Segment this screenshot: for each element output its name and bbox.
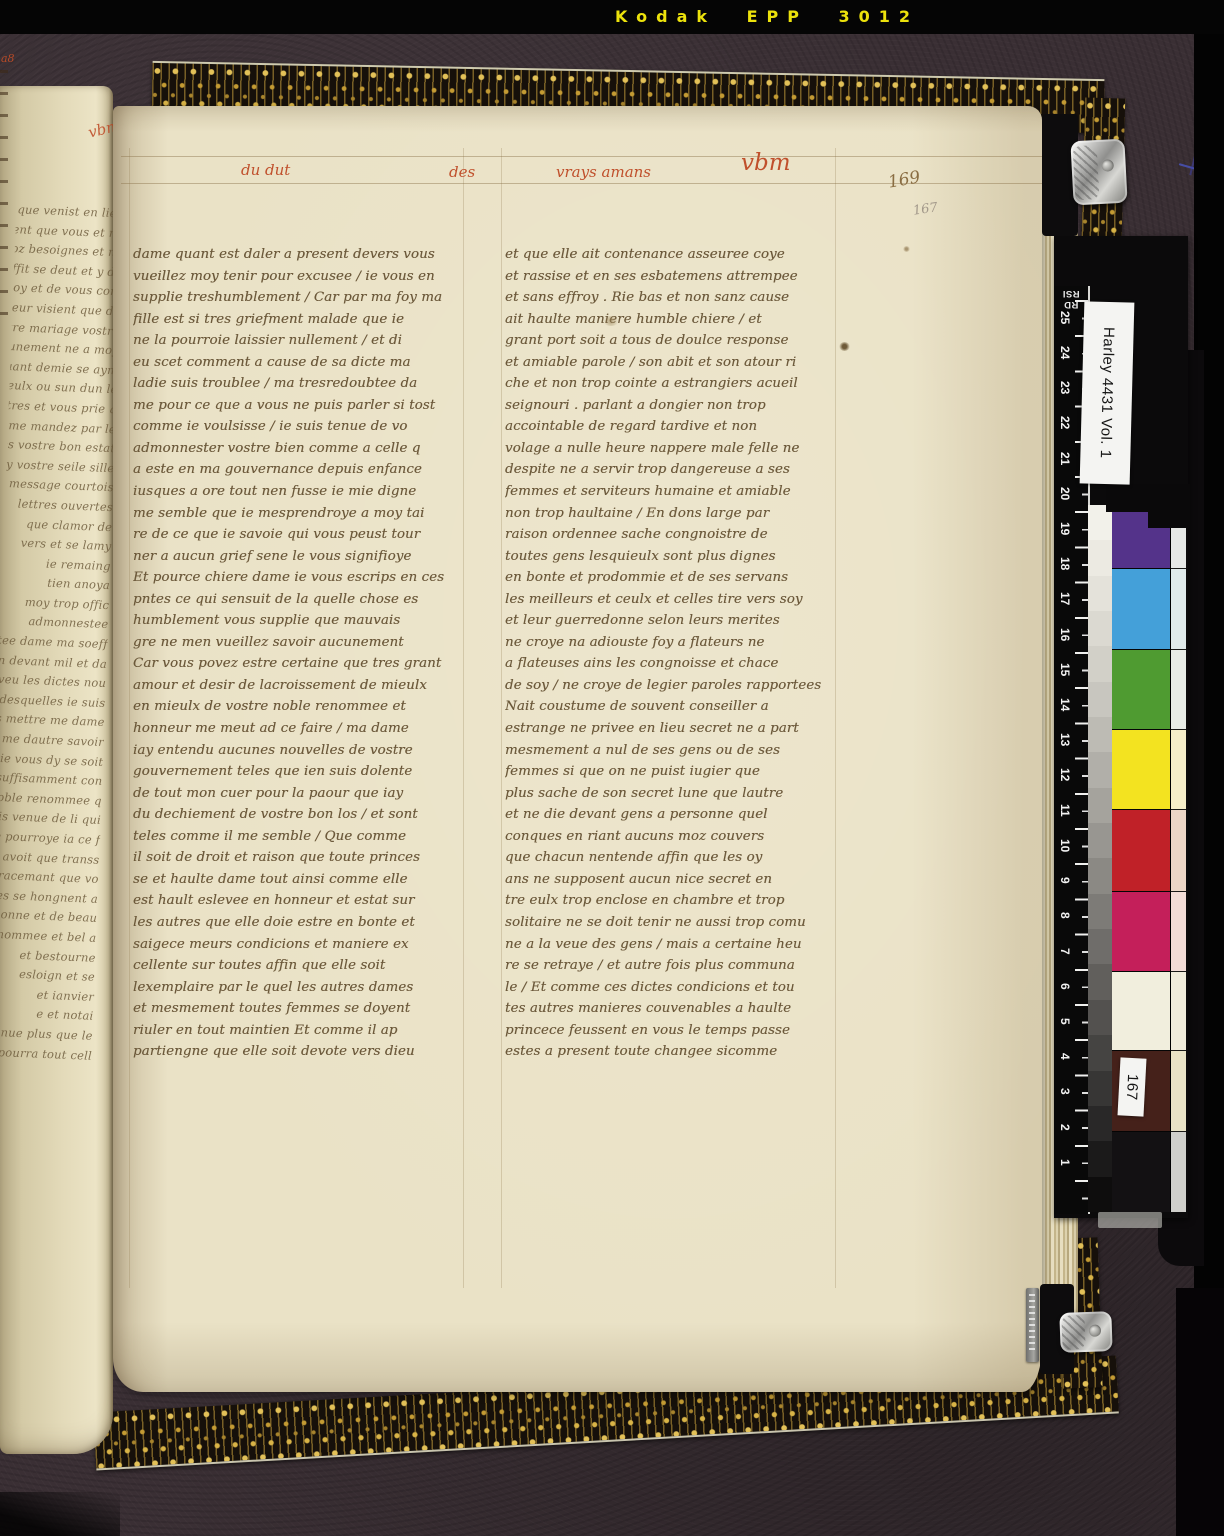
- manuscript-text-line: supplie treshumblement / Car par ma foy …: [133, 287, 469, 309]
- ruler-number: 15: [1056, 652, 1074, 687]
- manuscript-text-line: princece feussent en vous le temps passe: [505, 1020, 841, 1042]
- manuscript-text-line: est hault eslevee en honneur et estat su…: [133, 890, 469, 912]
- gray-step: [1088, 682, 1112, 717]
- ruler-number: 24: [1056, 335, 1074, 370]
- manuscript-text-line: ne croye na adiouste foy a flateurs ne: [505, 632, 841, 654]
- manuscript-text-line: ner a aucun grief sene le vous signifioy…: [133, 546, 469, 568]
- manuscript-text-line: fille est si tres griefment malade que i…: [133, 309, 469, 331]
- ruler-number: 8: [1056, 898, 1074, 933]
- manuscript-text-line: Nait coustume de souvent conseiller a: [505, 696, 841, 718]
- manuscript-text-line: raison ordennee sache congnoistre de: [505, 524, 841, 546]
- manuscript-text-line: estes a present toute changee sicomme: [505, 1041, 841, 1063]
- manuscript-text-line: en mieulx de vostre noble renommee et: [133, 696, 469, 718]
- manuscript-text-line: che et non trop cointe a estrangiers acu…: [505, 373, 841, 395]
- manuscript-text-line: tre eulx trop enclose en chambre et trop: [505, 890, 841, 912]
- manuscript-text-line: mesmement a nul de ses gens ou de ses: [505, 740, 841, 762]
- ruler-number: 16: [1056, 617, 1074, 652]
- gray-step: [1088, 894, 1112, 929]
- card-notch: [1148, 484, 1190, 528]
- manuscript-text-line: riuler en tout maintien Et comme il ap: [133, 1020, 469, 1042]
- ruler-number: 9: [1056, 863, 1074, 898]
- manuscript-text-line: toutes gens lesquieulx sont plus dignes: [505, 546, 841, 568]
- parchment-stain: [603, 316, 619, 326]
- ruler-number: 14: [1056, 687, 1074, 722]
- color-patch-red: [1112, 809, 1170, 891]
- ruler-number: 1: [1056, 1145, 1074, 1180]
- tint-patch-tint-lightgray: [1171, 1131, 1186, 1212]
- gray-step: [1088, 1000, 1112, 1035]
- color-patch-blue: [1112, 568, 1170, 649]
- ruler-numbers: 2524232221201918171615141312111098765432…: [1056, 300, 1074, 1180]
- manuscript-text-line: cellente sur toutes affin que elle soit: [133, 955, 469, 977]
- manuscript-text-line: et mesmement toutes femmes se doyent: [133, 998, 469, 1020]
- manuscript-text-line: Car vous povez estre certaine que tres g…: [133, 653, 469, 675]
- manuscript-text-line: humblement vous supplie que mauvais: [133, 610, 469, 632]
- ruler-number: 7: [1056, 933, 1074, 968]
- manuscript-text-line: me pour ce que a vous ne puis parler si …: [133, 395, 469, 417]
- manuscript-text-line: seignouri . parlant a dongier non trop: [505, 395, 841, 417]
- running-header-chapter-mark: vbm: [741, 150, 791, 176]
- manuscript-text-line: a este en ma gouvernance depuis enfance: [133, 459, 469, 481]
- color-patch-yellow: [1112, 729, 1170, 809]
- manuscript-text-line: les meilleurs et ceulx et celles tire ve…: [505, 589, 841, 611]
- manuscript-text-line: amour et desir de lacroissement de mieul…: [133, 675, 469, 697]
- running-header-mid: des: [449, 163, 475, 181]
- manuscript-text-line: ait haulte maniere humble chiere / et: [505, 309, 841, 331]
- gray-step: [1088, 1071, 1112, 1106]
- tint-patch-tint-blue: [1171, 568, 1186, 649]
- manuscript-text-line: volage a nulle heure nappere male felle …: [505, 438, 841, 460]
- ruler-number: 23: [1056, 370, 1074, 405]
- manuscript-text-line: il soit de droit et raison que toute pri…: [133, 847, 469, 869]
- ruler-number: 4: [1056, 1039, 1074, 1074]
- manuscript-text-line: re se retraye / et autre fois plus commu…: [505, 955, 841, 977]
- gray-step: [1088, 717, 1112, 752]
- running-header-left: du dut: [241, 161, 290, 179]
- corner-shadow-bottom-right: [1176, 1288, 1224, 1536]
- manuscript-text-line: Et pource chiere dame ie vous escrips en…: [133, 567, 469, 589]
- manuscript-text-line: iusques a ore tout nen fusse ie mie dign…: [133, 481, 469, 503]
- running-header-right: vrays amans: [556, 163, 651, 181]
- manuscript-text-line: et amiable parole / son abit et son atou…: [505, 352, 841, 374]
- gray-step: [1088, 823, 1112, 858]
- manuscript-text-line: comme ie voulsisse / ie suis tenue de vo: [133, 416, 469, 438]
- manuscript-text-line: grant port soit a tous de doulce respons…: [505, 330, 841, 352]
- label-strip: [1026, 1288, 1039, 1362]
- manuscript-text-line: femmes si que on ne puist iugier que: [505, 761, 841, 783]
- folio-number-ink: 169: [887, 167, 922, 192]
- manuscript-text-line: lexemplaire par le quel les autres dames: [133, 977, 469, 999]
- manuscript-text-line: me semble que ie mesprendroye a moy tai: [133, 503, 469, 525]
- color-patch-green: [1112, 649, 1170, 729]
- manuscript-text-line: gouvernement teles que ien suis dolente: [133, 761, 469, 783]
- gray-step: [1088, 858, 1112, 893]
- film-strip: [0, 0, 1224, 34]
- manuscript-text-line: honneur me meut ad ce faire / ma dame: [133, 718, 469, 740]
- ruling-column-line-1: [129, 148, 130, 1288]
- manuscript-text-line: de soy / ne croye de legier paroles rapp…: [505, 675, 841, 697]
- shelfmark-sticker: Harley 4431 Vol. 1: [1080, 301, 1135, 484]
- tint-patch-tint-cream: [1171, 729, 1186, 809]
- manuscript-text-line: a flateuses ains les congnoisse et chace: [505, 653, 841, 675]
- manuscript-page: du dut des vrays amans vbm 169 167 dame …: [113, 106, 1042, 1392]
- gray-step: [1088, 788, 1112, 823]
- ruler-number: 10: [1056, 828, 1074, 863]
- ruler-number: 19: [1056, 511, 1074, 546]
- gray-step: [1088, 1035, 1112, 1070]
- manuscript-text-line: estrange ne privee en lieu secret ne a p…: [505, 718, 841, 740]
- manuscript-text-line: se et haulte dame tout ainsi comme elle: [133, 869, 469, 891]
- tint-patch-tint-pink: [1171, 809, 1186, 891]
- ruler-number: 6: [1056, 969, 1074, 1004]
- manuscript-text-line: pntes ce qui sensuit de la quelle chose …: [133, 589, 469, 611]
- ruler-number: 20: [1056, 476, 1074, 511]
- gray-step: [1088, 611, 1112, 646]
- parchment-stain: [903, 246, 910, 252]
- gray-step: [1088, 752, 1112, 787]
- manuscript-text-line: en bonte et prodommie et de ses servans: [505, 567, 841, 589]
- tint-patch-tint-tan: [1171, 1050, 1186, 1131]
- manuscript-text-line: accointable de regard tardive et non: [505, 416, 841, 438]
- ruler-number: 13: [1056, 722, 1074, 757]
- manuscript-text-line: ladie suis troublee / ma tresredoubtee d…: [133, 373, 469, 395]
- gray-step: [1088, 646, 1112, 681]
- ruler-number: 17: [1056, 582, 1074, 617]
- manuscript-text-line: du dechiement de vostre bon los / et son…: [133, 804, 469, 826]
- page-edge-specks: [0, 70, 8, 320]
- manuscript-text-line: et ne die devant gens a personne quel: [505, 804, 841, 826]
- manuscript-text-line: admonnester vostre bien comme a celle q: [133, 438, 469, 460]
- manuscript-text-line: et leur guerredonne selon leurs merites: [505, 610, 841, 632]
- gray-step: [1088, 929, 1112, 964]
- film-stock-label: Kodak EPP 3012: [615, 7, 919, 26]
- manuscript-text-line: et que elle ait contenance asseuree coye: [505, 244, 841, 266]
- manuscript-text-line: solitaire ne se doit tenir ne aussi trop…: [505, 912, 841, 934]
- ruling-column-line-3: [501, 148, 502, 1288]
- ruler-number: 22: [1056, 406, 1074, 441]
- ruling-line-top: [121, 156, 1055, 157]
- ruler-number: 11: [1056, 793, 1074, 828]
- manuscript-text-line: conques en riant aucuns moz couvers: [505, 826, 841, 848]
- color-patch-white: [1112, 971, 1170, 1050]
- manuscript-text-line: non trop haultaine / En dons large par: [505, 503, 841, 525]
- manuscript-text-line: femmes et serviteurs humaine et amiable: [505, 481, 841, 503]
- manuscript-text-line: teles comme il me semble / Que comme: [133, 826, 469, 848]
- gray-step: [1088, 576, 1112, 611]
- manuscript-text-line: de tout mon cuer pour la paour que iay: [133, 783, 469, 805]
- tint-patch-tint-green: [1171, 649, 1186, 729]
- gray-step: [1088, 1177, 1112, 1212]
- ruler-number: 18: [1056, 546, 1074, 581]
- manuscript-text-line: partiengne que elle soit devote vers die…: [133, 1041, 469, 1063]
- manuscript-text-line: gre ne men vueillez savoir aucunement: [133, 632, 469, 654]
- manuscript-text-line: et rassise et en ses esbatemens attrempe…: [505, 266, 841, 288]
- manuscript-text-line: le / Et comme ces dictes condicions et t…: [505, 977, 841, 999]
- gray-step: [1088, 964, 1112, 999]
- manuscript-text-line: tes autres manieres couvenables a haulte: [505, 998, 841, 1020]
- tint-column: [1171, 505, 1186, 1212]
- gray-step: [1088, 1141, 1112, 1176]
- manuscript-text-line: re de ce que ie savoie qui vous peust to…: [133, 524, 469, 546]
- ruler-number: 2: [1056, 1109, 1074, 1144]
- folio-sticker: 167: [1118, 1057, 1147, 1116]
- gray-step: [1088, 1106, 1112, 1141]
- manuscript-text-line: despite ne a servir trop dangereuse a se…: [505, 459, 841, 481]
- card-tape: [1098, 1212, 1162, 1228]
- corner-shadow-bottom-left: [0, 1492, 120, 1536]
- manuscript-text-line: que chacun nentende affin que les oy: [505, 847, 841, 869]
- manuscript-text-line: plus sache de son secret lune que lautre: [505, 783, 841, 805]
- color-patch-magenta: [1112, 891, 1170, 971]
- manuscript-text-line: les autres que elle doie estre en bonte …: [133, 912, 469, 934]
- manuscript-text-line: eu scet comment a cause de sa dicte ma: [133, 352, 469, 374]
- manuscript-text-line: ne a la veue des gens / mais a certaine …: [505, 934, 841, 956]
- ruler-number: 21: [1056, 441, 1074, 476]
- metal-clip-top: [1070, 139, 1127, 206]
- folio-sticker-text: 167: [1123, 1073, 1141, 1100]
- ruler-number: 5: [1056, 1004, 1074, 1039]
- facing-text-line: me pourra tout cell: [0, 1042, 92, 1066]
- tint-patch-tint-white: [1171, 971, 1186, 1050]
- manuscript-text-line: iay entendu aucunes nouvelles de vostre: [133, 740, 469, 762]
- page-edge-red-mark: a8: [1, 52, 15, 65]
- ruler-number: 12: [1056, 757, 1074, 792]
- color-patch-black: [1112, 1131, 1170, 1212]
- manuscript-text-line: et sans effroy . Rie bas et non sanz cau…: [505, 287, 841, 309]
- manuscript-text-line: saigece meurs condicions et maniere ex: [133, 934, 469, 956]
- manuscript-text-line: ans ne supposent aucun nice secret en: [505, 869, 841, 891]
- text-column-left: dame quant est daler a present devers vo…: [133, 244, 469, 1066]
- gray-step: [1088, 540, 1112, 575]
- grayscale-column: [1088, 505, 1112, 1212]
- ruler-number: 3: [1056, 1074, 1074, 1109]
- text-column-right: et que elle ait contenance asseuree coye…: [505, 244, 841, 1066]
- manuscript-text-line: dame quant est daler a present devers vo…: [133, 244, 469, 266]
- manuscript-text-line: ne la pourroie laissier nullement / et d…: [133, 330, 469, 352]
- parchment-stain: [839, 342, 850, 351]
- manuscript-text-line: vueillez moy tenir pour excusee / ie vou…: [133, 266, 469, 288]
- metal-clip-bottom: [1059, 1311, 1112, 1353]
- folio-number-pencil: 167: [912, 200, 939, 218]
- shelfmark-sticker-text: Harley 4431 Vol. 1: [1097, 327, 1117, 459]
- tint-patch-tint-rose: [1171, 891, 1186, 971]
- ruler-scale-heading: RD RSI: [1054, 288, 1088, 310]
